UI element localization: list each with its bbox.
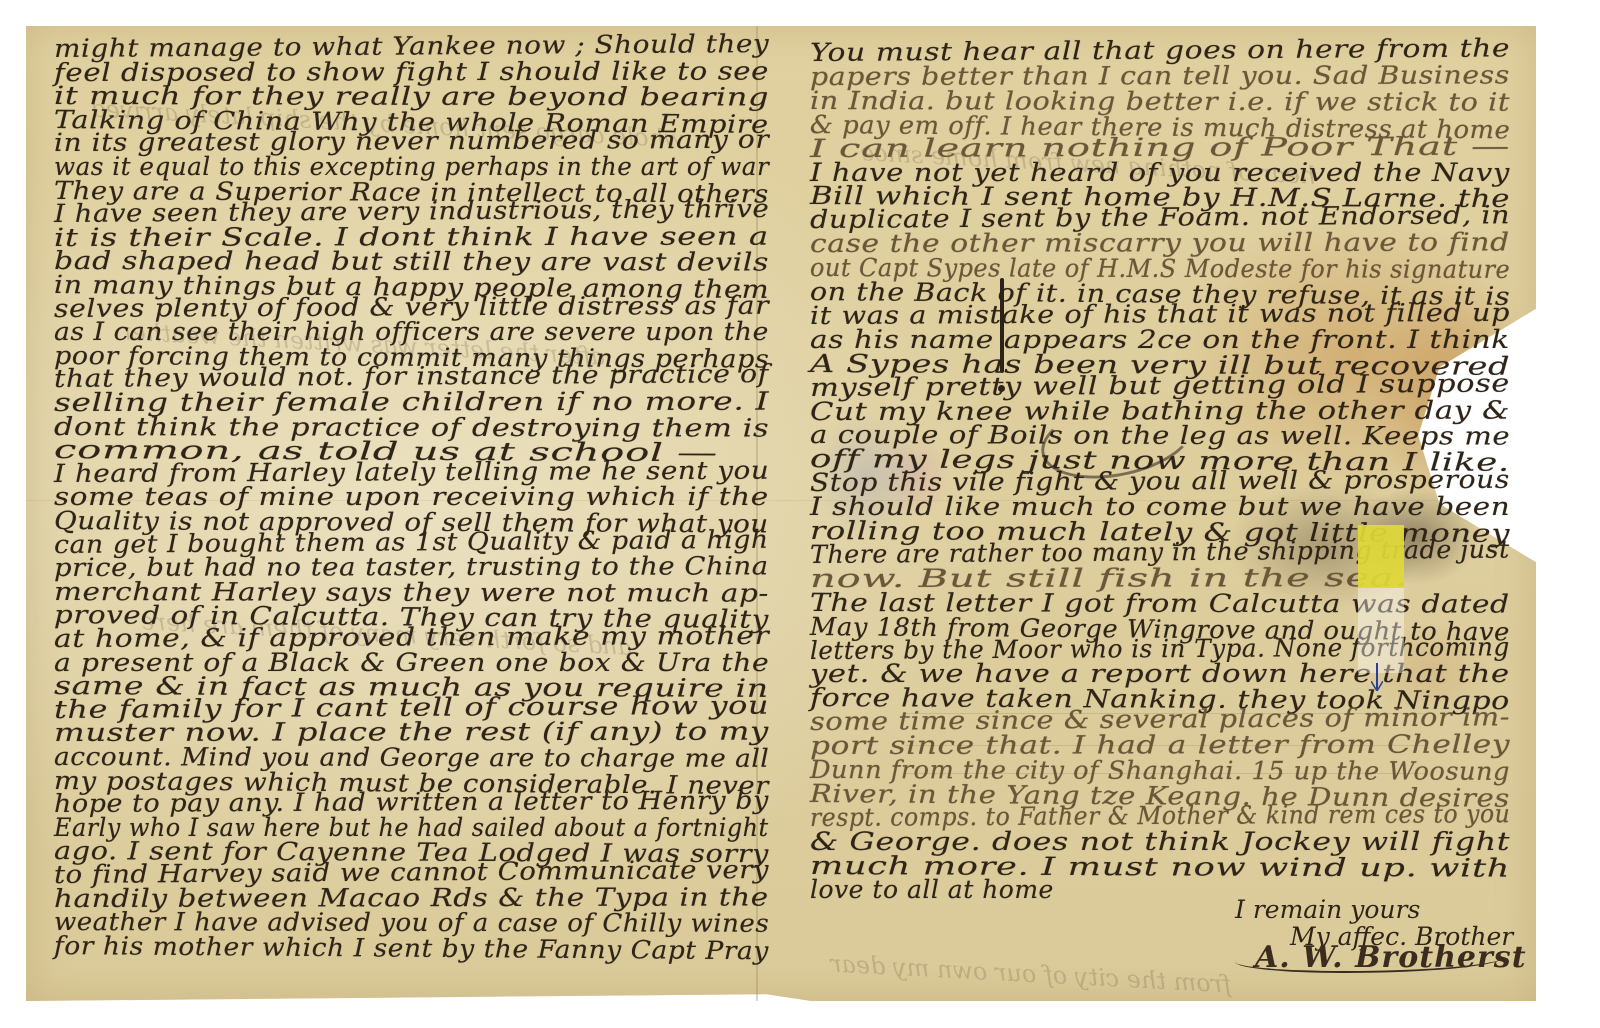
blue-arrow-down-icon	[1370, 663, 1384, 691]
yellow-sticky-patch	[1358, 525, 1404, 588]
sticky-residue	[1358, 588, 1404, 673]
valediction: I remain yours	[1235, 895, 1420, 924]
handwritten-line: for his mother which I sent by the Fanny…	[54, 931, 769, 965]
ink-stroke-mark	[1000, 278, 1004, 373]
ink-dot-mark	[998, 385, 1005, 392]
handwritten-line: love to all at home	[810, 875, 1054, 904]
